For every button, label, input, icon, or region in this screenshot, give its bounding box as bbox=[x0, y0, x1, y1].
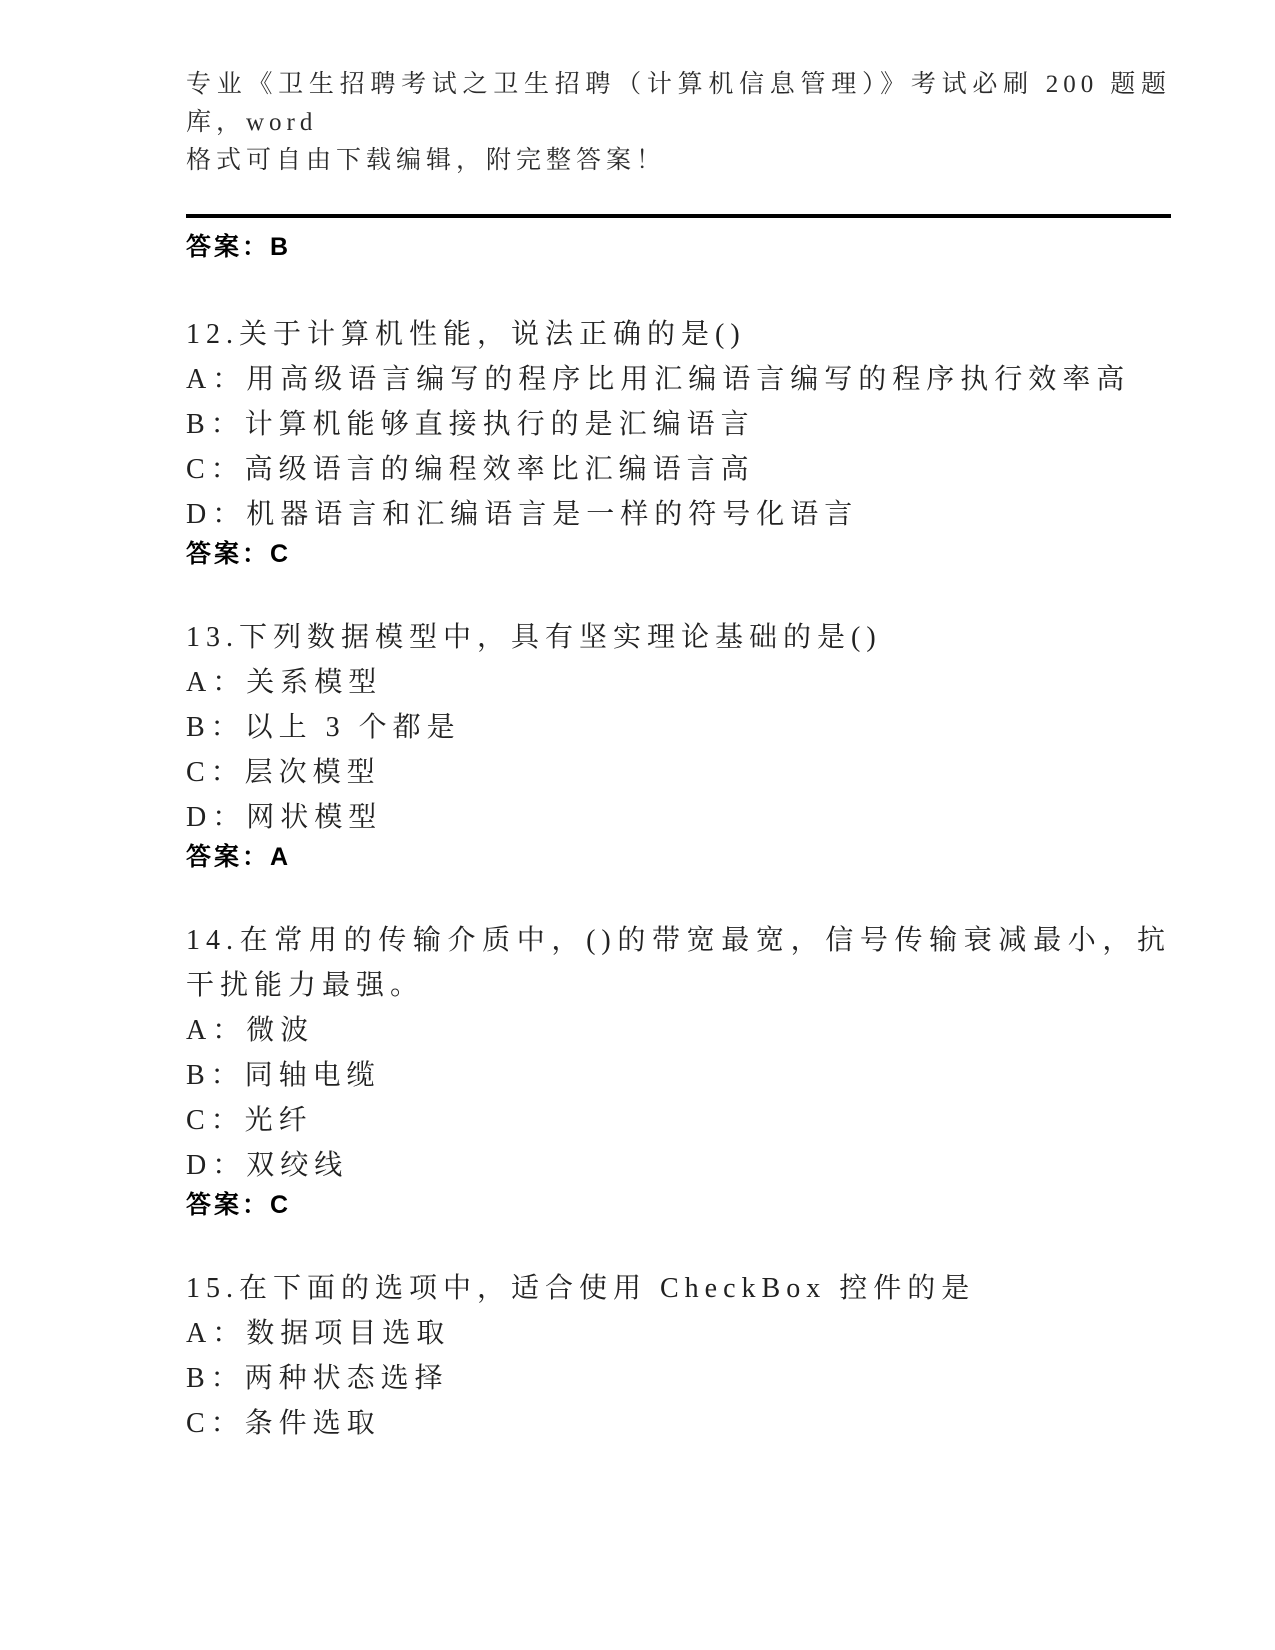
question-title: 12.关于计算机性能，说法正确的是() bbox=[186, 312, 1171, 357]
answer-line: 答案：C bbox=[186, 1190, 1171, 1220]
option-line-c: C：条件选取 bbox=[186, 1401, 1171, 1446]
carryover-answer-line: 答案：B bbox=[186, 232, 1171, 262]
question-14: 14.在常用的传输介质中，()的带宽最宽，信号传输衰减最小，抗干扰能力最强。 A… bbox=[186, 918, 1171, 1220]
question-title: 13.下列数据模型中，具有坚实理论基础的是() bbox=[186, 615, 1171, 660]
option-line-a: A：微波 bbox=[186, 1008, 1171, 1053]
question-13: 13.下列数据模型中，具有坚实理论基础的是() A：关系模型 B：以上 3 个都… bbox=[186, 615, 1171, 872]
option-line-b: B：计算机能够直接执行的是汇编语言 bbox=[186, 402, 1171, 447]
option-line-c: C：高级语言的编程效率比汇编语言高 bbox=[186, 447, 1171, 492]
answer-line: 答案：C bbox=[186, 539, 1171, 569]
document-page: 专业《卫生招聘考试之卫生招聘（计算机信息管理）》考试必刷 200 题题库，wor… bbox=[0, 0, 1275, 1650]
question-12: 12.关于计算机性能，说法正确的是() A：用高级语言编写的程序比用汇编语言编写… bbox=[186, 312, 1171, 569]
option-line-d: D：机器语言和汇编语言是一样的符号化语言 bbox=[186, 492, 1171, 537]
document-header: 专业《卫生招聘考试之卫生招聘（计算机信息管理）》考试必刷 200 题题库，wor… bbox=[186, 66, 1171, 180]
option-line-c: C：光纤 bbox=[186, 1098, 1171, 1143]
option-line-a: A：数据项目选取 bbox=[186, 1311, 1171, 1356]
header-line-2: 格式可自由下载编辑，附完整答案！ bbox=[186, 142, 1171, 180]
option-line-c: C：层次模型 bbox=[186, 750, 1171, 795]
header-separator-rule bbox=[186, 214, 1171, 218]
question-title: 14.在常用的传输介质中，()的带宽最宽，信号传输衰减最小，抗干扰能力最强。 bbox=[186, 918, 1171, 1008]
option-line-b: B：同轴电缆 bbox=[186, 1053, 1171, 1098]
option-line-a: A：关系模型 bbox=[186, 660, 1171, 705]
answer-line: 答案：A bbox=[186, 842, 1171, 872]
question-title: 15.在下面的选项中，适合使用 CheckBox 控件的是 bbox=[186, 1266, 1171, 1311]
option-line-d: D：双绞线 bbox=[186, 1143, 1171, 1188]
option-line-d: D：网状模型 bbox=[186, 795, 1171, 840]
option-line-b: B：两种状态选择 bbox=[186, 1356, 1171, 1401]
header-line-1: 专业《卫生招聘考试之卫生招聘（计算机信息管理）》考试必刷 200 题题库，wor… bbox=[186, 66, 1171, 142]
option-line-b: B：以上 3 个都是 bbox=[186, 705, 1171, 750]
option-line-a: A：用高级语言编写的程序比用汇编语言编写的程序执行效率高 bbox=[186, 357, 1171, 402]
question-15: 15.在下面的选项中，适合使用 CheckBox 控件的是 A：数据项目选取 B… bbox=[186, 1266, 1171, 1446]
content-area: 专业《卫生招聘考试之卫生招聘（计算机信息管理）》考试必刷 200 题题库，wor… bbox=[0, 0, 1275, 1446]
